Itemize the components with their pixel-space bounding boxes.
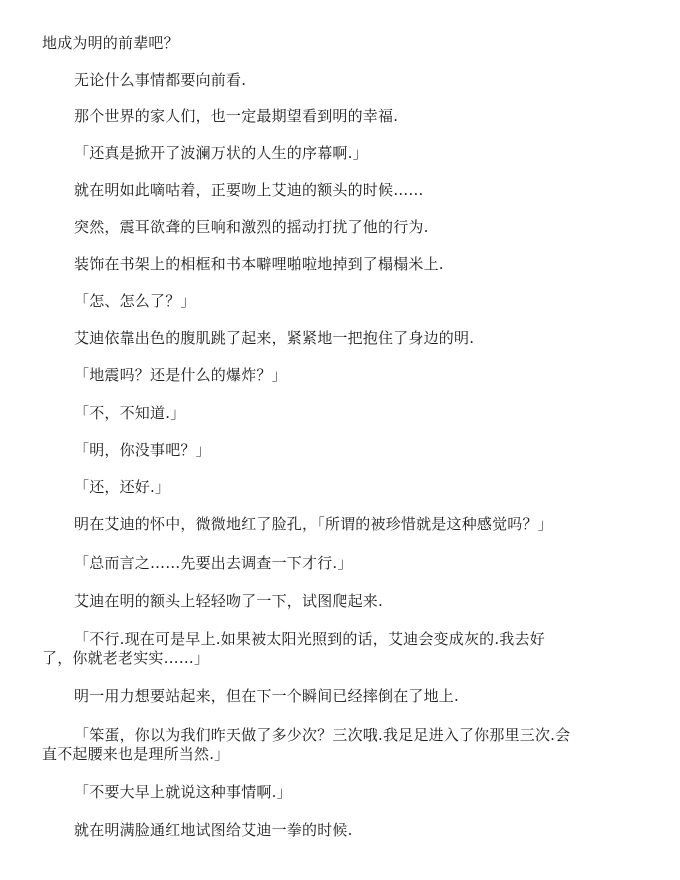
paragraph-9: 艾迪依靠出色的腹肌跳了起来，紧紧地一把抱住了身边的明. (74, 328, 674, 348)
paragraph-18: 明一用力想要站起来，但在下一个瞬间已经摔倒在了地上. (74, 686, 674, 706)
paragraph-16: 艾迪在明的额头上轻轻吻了一下，试图爬起来. (74, 591, 674, 611)
paragraph-7: 装饰在书架上的相框和书本噼哩啪啦地掉到了榻榻米上. (74, 254, 674, 274)
paragraph-3: 那个世界的家人们，也一定最期望看到明的幸福. (74, 106, 674, 126)
paragraph-20: 「不要大早上就说这种事情啊.」 (74, 782, 674, 802)
paragraph-8: 「怎、怎么了？」 (74, 291, 674, 311)
paragraph-6: 突然，震耳欲聋的巨响和激烈的摇动打扰了他的行为. (74, 217, 674, 237)
paragraph-17-line-2: 了，你就老老实实……」 (42, 648, 642, 668)
paragraph-19-line-1: 「笨蛋，你以为我们昨天做了多少次？三次哦.我足足进入了你那里三次.会 (74, 725, 674, 745)
paragraph-4: 「还真是掀开了波澜万状的人生的序幕啊.」 (74, 143, 674, 163)
paragraph-1: 地成为明的前辈吧？ (42, 33, 642, 53)
paragraph-2: 无论什么事情都要向前看. (74, 70, 674, 90)
paragraph-10: 「地震吗？还是什么的爆炸？」 (74, 365, 674, 385)
paragraph-15: 「总而言之……先要出去调查一下才行.」 (74, 553, 674, 573)
paragraph-14: 明在艾迪的怀中，微微地红了脸孔，「所谓的被珍惜就是这种感觉吗？」 (74, 514, 674, 534)
paragraph-21: 就在明满脸通红地试图给艾迪一拳的时候. (74, 820, 674, 840)
paragraph-13: 「还，还好.」 (74, 477, 674, 497)
paragraph-12: 「明，你没事吧？」 (74, 440, 674, 460)
paragraph-5: 就在明如此嘀咕着，正要吻上艾迪的额头的时候…… (74, 180, 674, 200)
document-page: 地成为明的前辈吧？ 无论什么事情都要向前看. 那个世界的家人们，也一定最期望看到… (0, 0, 680, 880)
paragraph-11: 「不，不知道.」 (74, 403, 674, 423)
paragraph-19-line-2: 直不起腰来也是理所当然.」 (42, 744, 642, 764)
paragraph-17-line-1: 「不行.现在可是早上.如果被太阳光照到的话，艾迪会变成灰的.我去好 (74, 629, 674, 649)
